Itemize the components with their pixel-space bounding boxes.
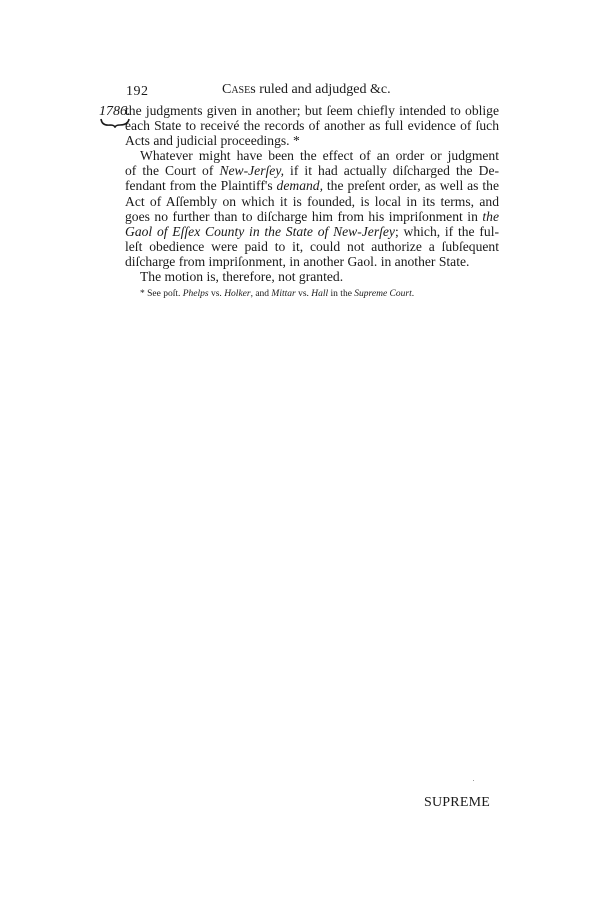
text-line: Whatever might have been the effect of a… [125, 148, 499, 163]
footnote-text: See poſt. [147, 289, 183, 299]
text-line: the judgments given in another; but ſeem… [125, 103, 499, 118]
text-line: leſt obedience were paid to it, could no… [125, 239, 499, 254]
text-line: The motion is, therefore, not granted. [125, 269, 499, 284]
footnote-text: in the [328, 289, 354, 299]
footnote: * See poſt. Phelps vs. Holker, and Mitta… [140, 289, 414, 299]
footnote-text: Holker [224, 289, 250, 299]
paper-speck [473, 780, 474, 781]
text-line: fendant from the Plaintiff's demand, the… [125, 178, 499, 193]
footnote-text: Phelps [183, 289, 209, 299]
footnote-text: Mittar [271, 289, 295, 299]
body-text: the judgments given in another; but ſeem… [125, 103, 499, 284]
running-head-rest: ruled and adjudged &c. [256, 82, 391, 97]
footnote-text: vs. [296, 289, 312, 299]
text-line: Gaol of Eſſex County in the State of New… [125, 224, 499, 239]
catchword: SUPREME [424, 795, 490, 811]
text-line: of the Court of New-Jerſey, if it had ac… [125, 163, 499, 178]
running-head-case: Case [222, 82, 250, 97]
footnote-text: Hall [311, 289, 328, 299]
footnote-text: vs. [209, 289, 225, 299]
text-line: each State to receivé the records of ano… [125, 118, 499, 133]
text-line: diſcharge from impriſonment, in another … [125, 254, 499, 269]
text-line: Act of Aſſembly on which it is founded, … [125, 194, 499, 209]
text-line: Acts and judicial proceedings. * [125, 133, 499, 148]
footnote-text: Supreme Court [354, 289, 411, 299]
page-number: 192 [126, 84, 149, 100]
text-line: goes no further than to diſcharge him fr… [125, 209, 499, 224]
footnote-text: . [412, 289, 414, 299]
running-head: Cases ruled and adjudged &c. [222, 82, 391, 98]
footnote-marker: * [140, 289, 145, 299]
footnote-text: , and [251, 289, 272, 299]
